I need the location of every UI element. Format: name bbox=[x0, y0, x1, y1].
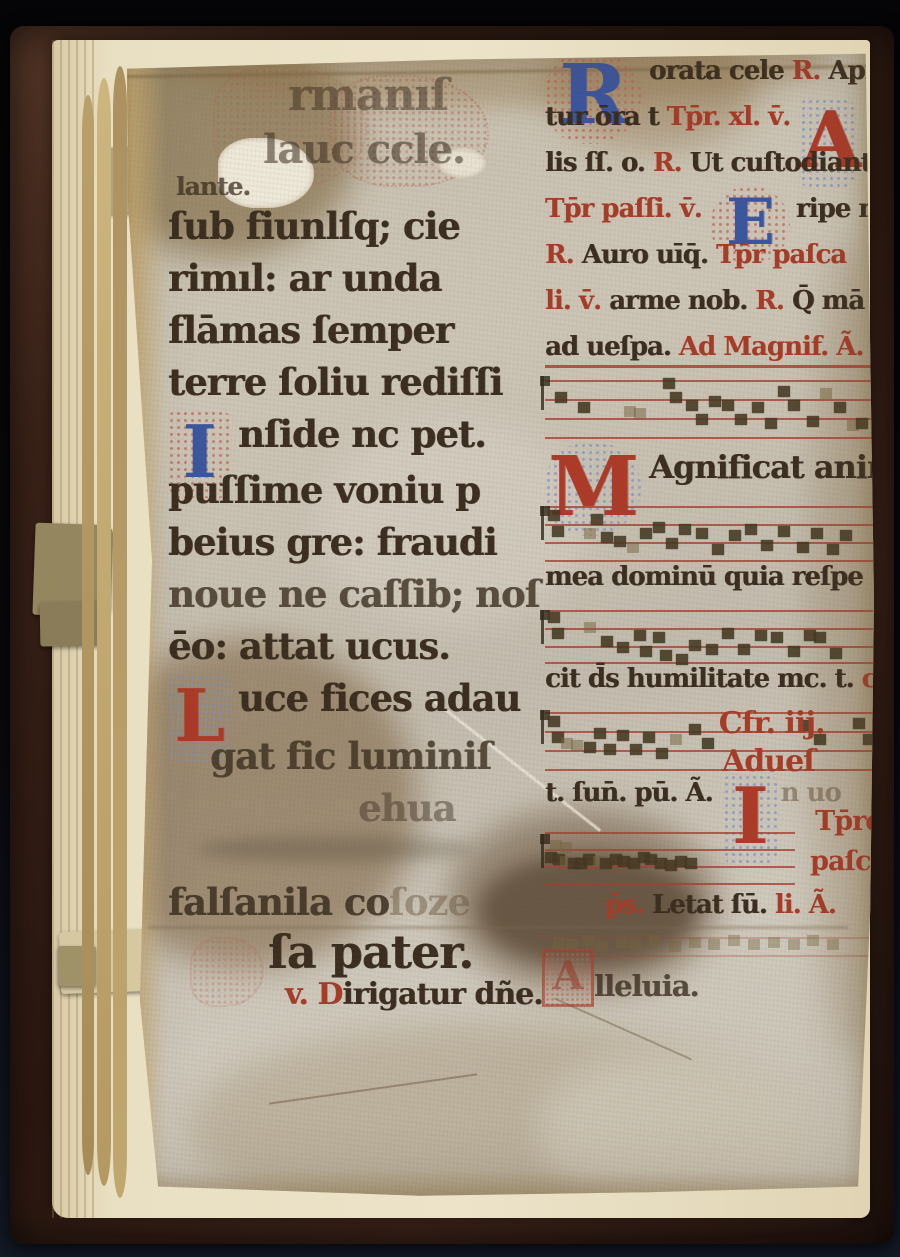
binding-stub bbox=[97, 78, 111, 1186]
binding-stub bbox=[82, 95, 94, 1175]
parchment-tab bbox=[40, 601, 105, 646]
binding-stub bbox=[113, 66, 127, 1198]
parchment-page: rmanıſlauc ccle.lante.ſub fiunlſq; cieri… bbox=[118, 48, 874, 1198]
page-vignette bbox=[118, 48, 874, 1198]
manuscript-photo: rmanıſlauc ccle.lante.ſub fiunlſq; cieri… bbox=[0, 0, 900, 1257]
